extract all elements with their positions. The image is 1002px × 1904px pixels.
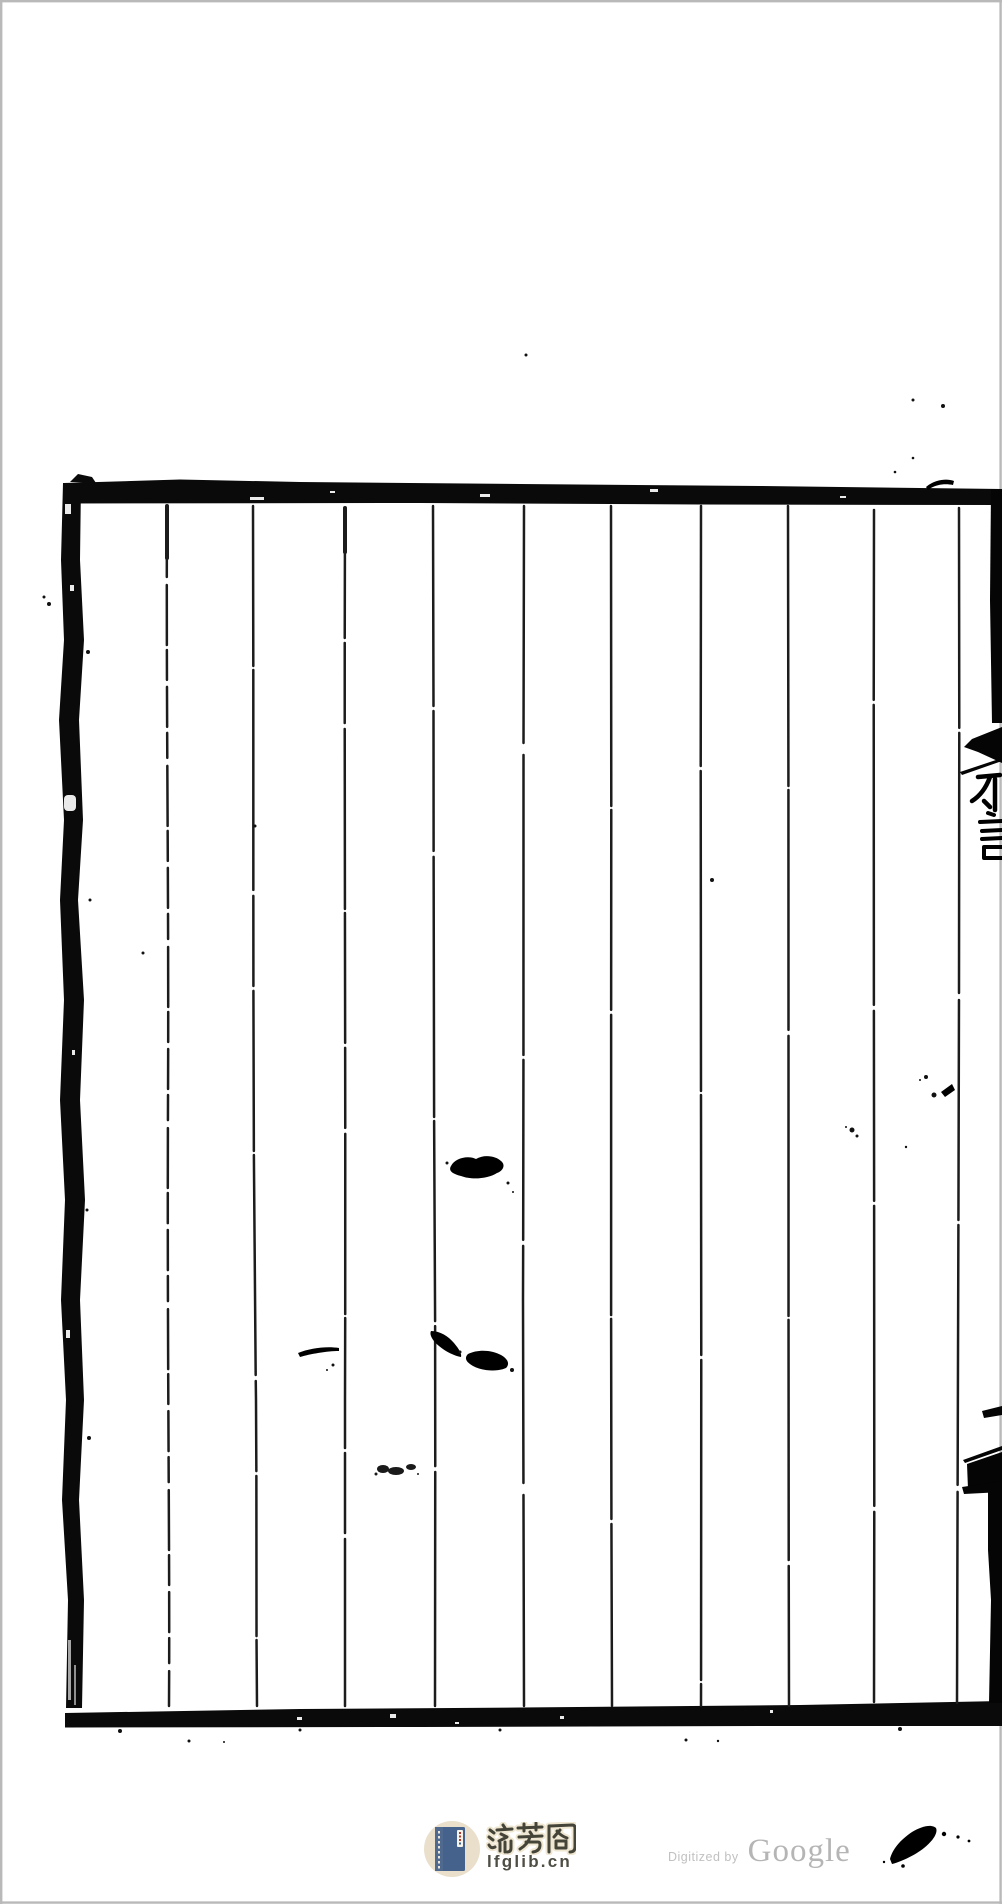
frame-bottom-border	[65, 1701, 1002, 1728]
ink-specks	[43, 354, 946, 1744]
stitched-book-icon	[435, 1827, 469, 1871]
scan-edge-lines	[0, 0, 1002, 1904]
google-logo: Google	[748, 1833, 851, 1870]
column-rule-6	[611, 506, 612, 1706]
watermark-site-name-glyphs	[486, 1822, 576, 1855]
column-rule-4	[433, 506, 435, 1706]
right-edge-fragments	[960, 489, 1002, 1703]
column-rule-2	[253, 506, 257, 1706]
column-rule-5	[523, 506, 524, 1706]
page-scan-artwork	[0, 0, 1002, 1904]
column-rules	[167, 506, 959, 1706]
ink-thin-dash	[298, 1347, 339, 1357]
ink-smudge	[375, 1464, 420, 1476]
corner-ink-blot	[883, 1826, 971, 1868]
book-binding-strip	[435, 1827, 443, 1871]
right-edge-diagonal-upper	[960, 758, 1002, 775]
frame-left-border	[59, 483, 85, 1708]
edge-partial-glyphs	[972, 775, 1002, 858]
partial-glyph-yi-radical	[972, 775, 1000, 810]
ink-blot-dash	[466, 1351, 508, 1371]
ink-blots	[298, 480, 955, 1476]
watermark-badge	[424, 1821, 480, 1877]
frame-top-border	[64, 480, 1002, 506]
frame-top-border-bump	[70, 474, 96, 483]
column-rule-3	[345, 508, 346, 1706]
column-rule-10	[957, 508, 959, 1703]
right-edge-wedge-upper	[964, 727, 1002, 763]
watermark-site-domain: lfglib.cn	[487, 1852, 572, 1872]
digitized-by-line: Digitized by Google	[668, 1833, 851, 1870]
scanned-book-page: 衤訁 流芳阁	[0, 0, 1002, 1904]
ink-blot-main	[450, 1156, 503, 1178]
manuscript-frame	[59, 474, 1002, 1728]
digitized-by-label: Digitized by	[668, 1850, 739, 1864]
right-edge-bar-top	[990, 489, 1002, 723]
column-rule-7	[701, 506, 702, 1706]
ink-wedge-speck	[941, 1084, 955, 1097]
column-rule-1	[167, 506, 169, 1706]
frame-wear-nicks	[64, 489, 846, 1724]
column-rule-8	[788, 506, 789, 1706]
partial-glyph-yan-radical	[980, 813, 1002, 858]
right-edge-bar-bottom	[988, 1492, 1002, 1703]
glyph-fang	[518, 1823, 542, 1852]
column-rule-9	[874, 510, 875, 1706]
right-edge-dash	[982, 1406, 1002, 1418]
